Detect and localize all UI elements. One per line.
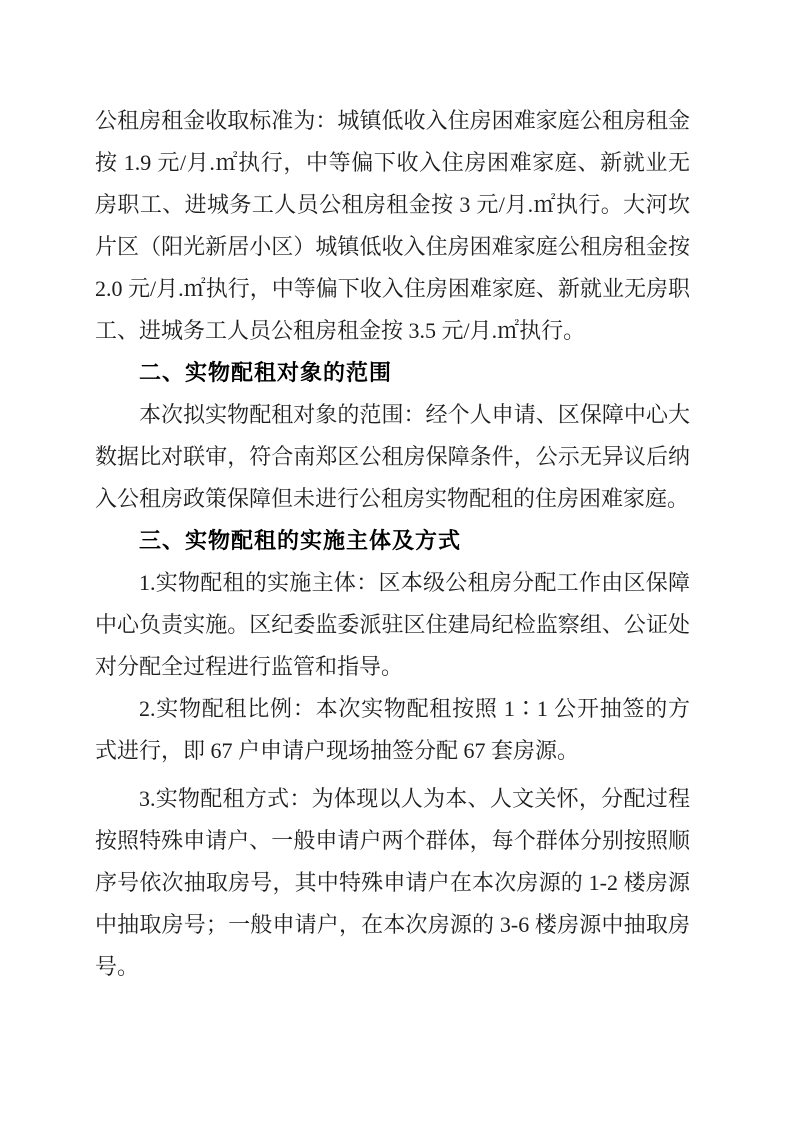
paragraph-allocation-ratio: 2.实物配租比例：本次实物配租按照 1∶1 公开抽签的方式进行，即 67 户申请… — [95, 688, 690, 772]
document-page: 公租房租金收取标准为：城镇低收入住房困难家庭公租房租金按 1.9 元/月.㎡执行… — [0, 0, 792, 1121]
paragraph-allocation-scope: 本次拟实物配租对象的范围：经个人申请、区保障中心大数据比对联审，符合南郑区公租房… — [95, 394, 690, 520]
heading-section-three-implementation: 三、实物配租的实施主体及方式 — [95, 520, 690, 562]
paragraph-rent-standards: 公租房租金收取标准为：城镇低收入住房困难家庭公租房租金按 1.9 元/月.㎡执行… — [95, 100, 690, 352]
heading-section-two-allocation-scope: 二、实物配租对象的范围 — [95, 352, 690, 394]
paragraph-implementation-body: 1.实物配租的实施主体：区本级公租房分配工作由区保障中心负责实施。区纪委监委派驻… — [95, 562, 690, 688]
paragraph-allocation-method: 3.实物配租方式：为体现以人为本、人文关怀，分配过程按照特殊申请户、一般申请户两… — [95, 778, 690, 988]
